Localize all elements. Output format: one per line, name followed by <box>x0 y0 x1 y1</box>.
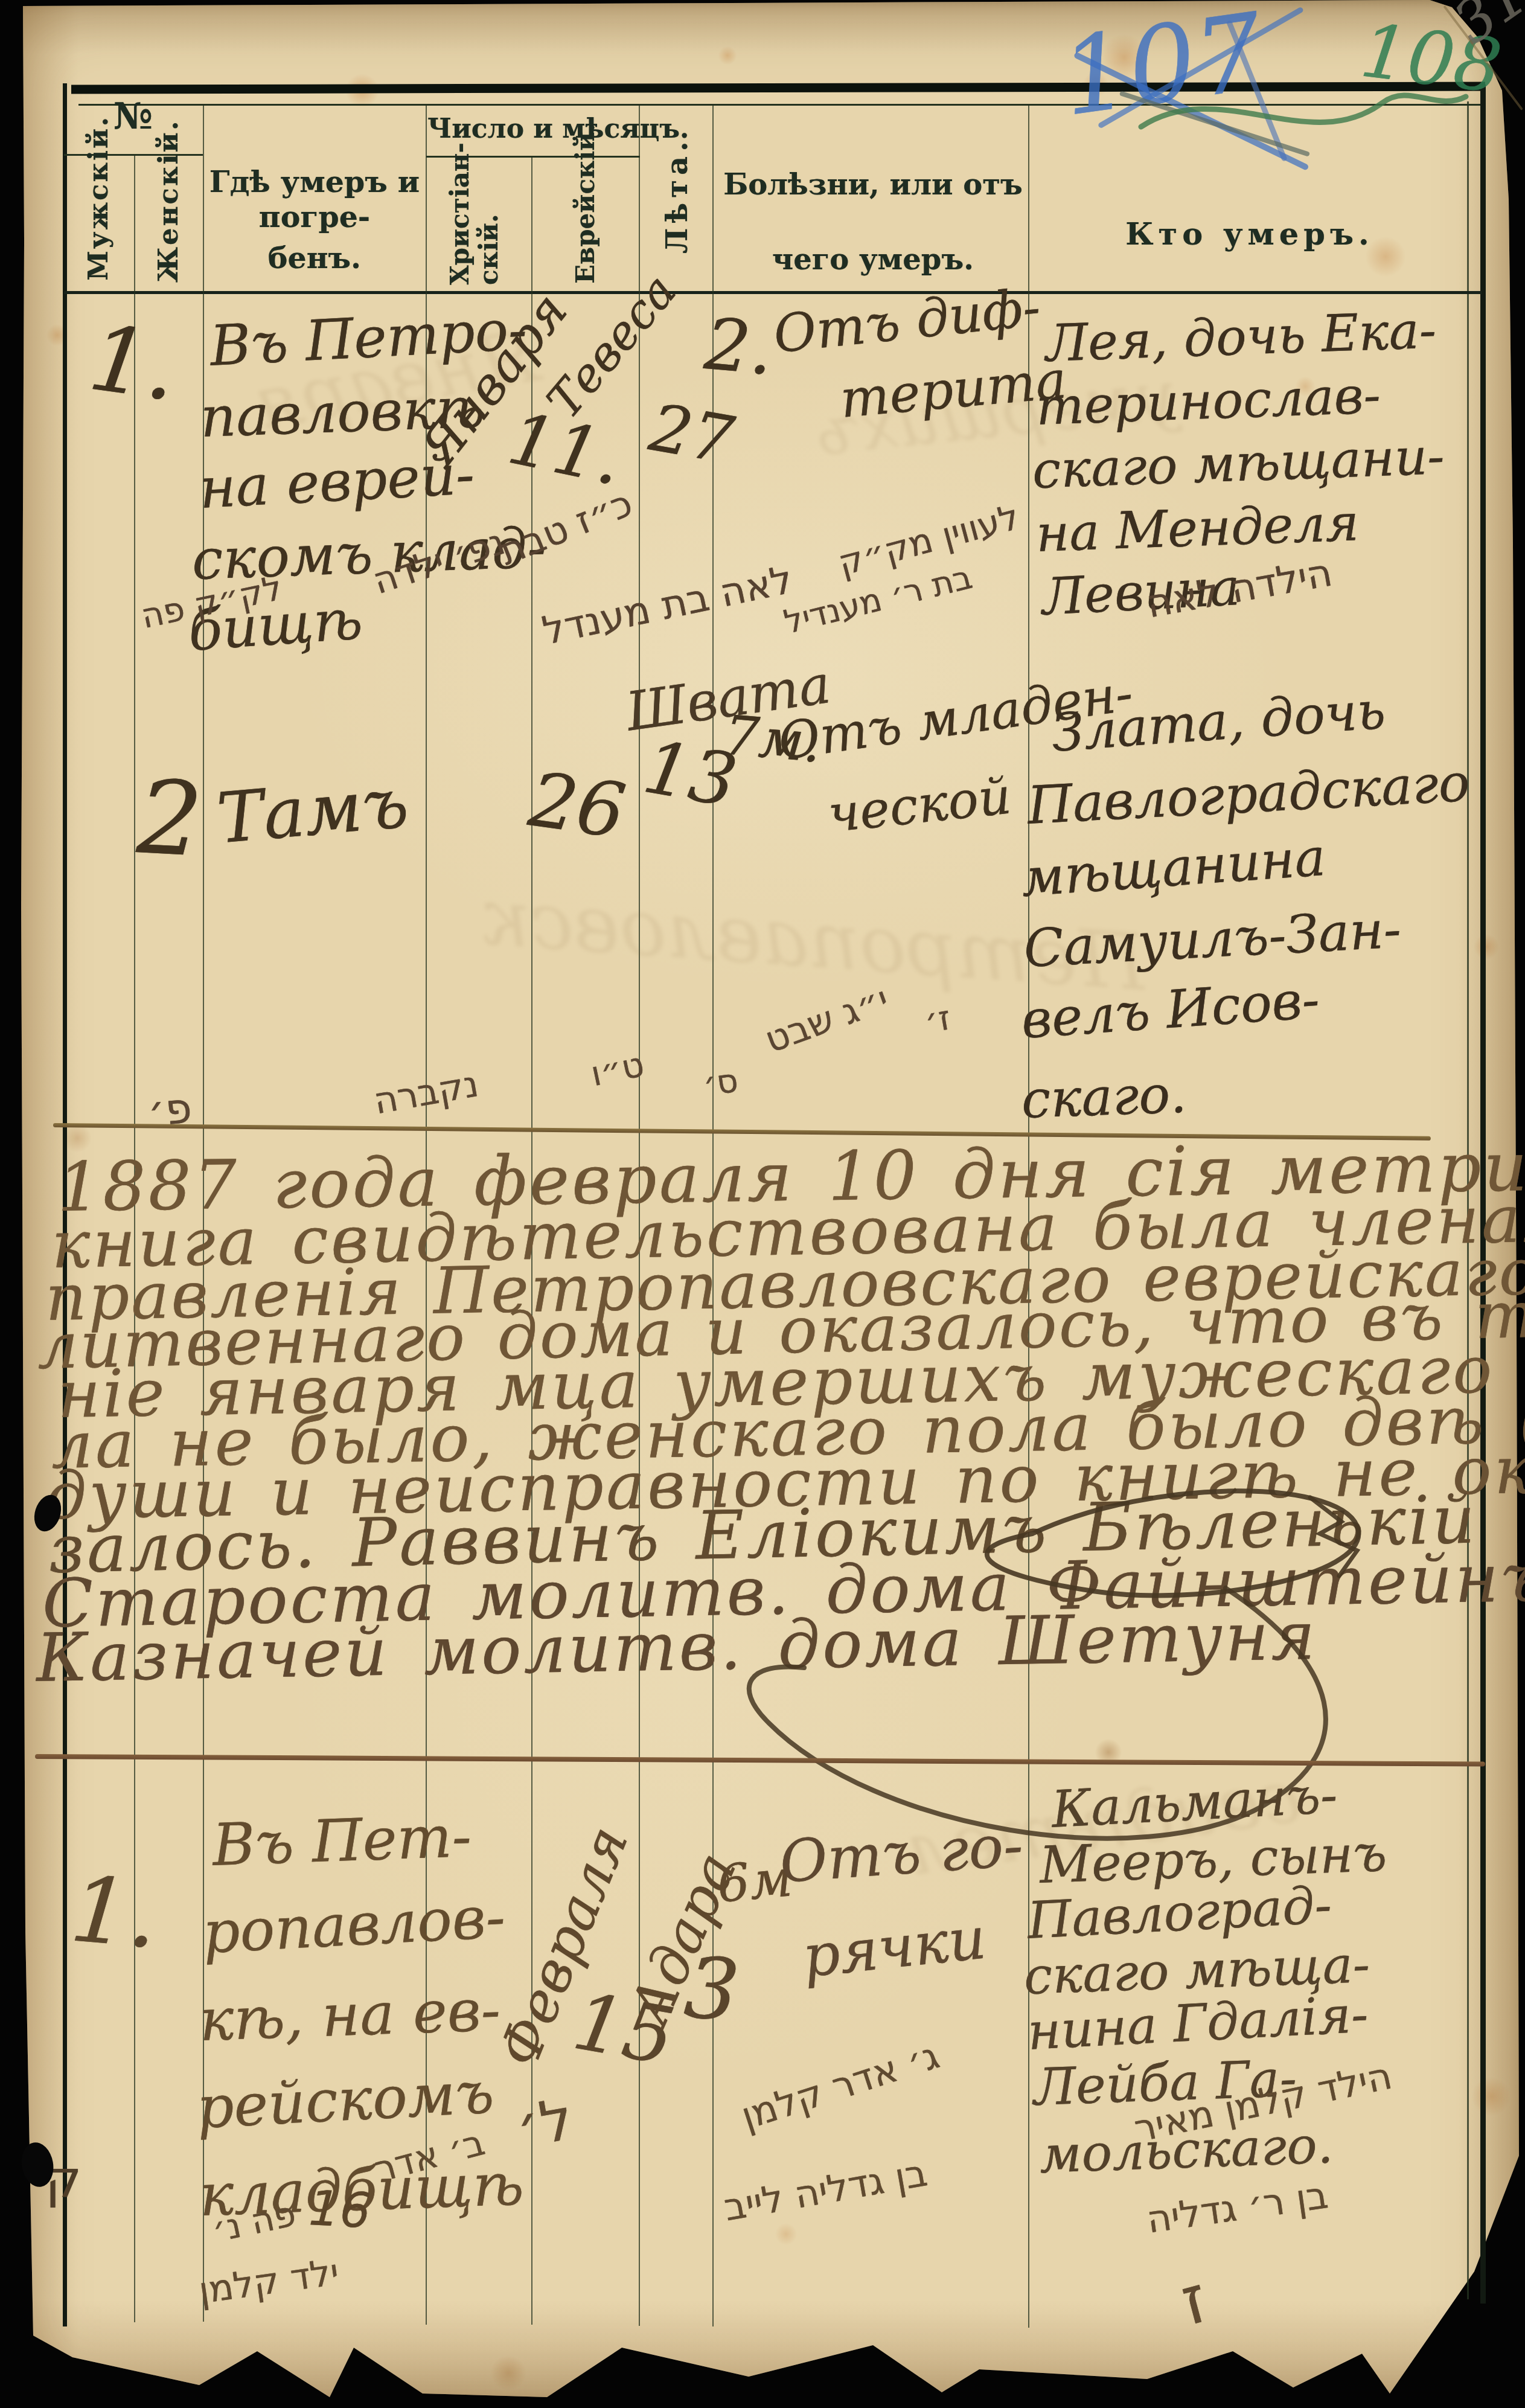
row-number: 2 <box>135 758 205 879</box>
header-bottom-line <box>64 291 1482 294</box>
hebrew-numeral: 16 <box>308 2180 372 2239</box>
row-number: 1. <box>66 1857 162 1969</box>
header-number: № <box>113 95 153 138</box>
header-who: Кто умеръ. <box>1034 216 1466 252</box>
hebrew-fragment: ס׳ <box>701 1061 741 1103</box>
jewish-day: 3 <box>681 1938 743 2041</box>
hebrew-fragment: ל׳ <box>511 2086 578 2162</box>
place-line: кѣ, на ев- <box>198 1976 502 2054</box>
header-cause-line2: чего умеръ. <box>720 243 1026 277</box>
header-christian-line1: Христіан- <box>446 142 475 285</box>
header-place-line1: Гдѣ умеръ и погре- <box>208 164 421 234</box>
header-place-line2: бенъ. <box>208 240 421 275</box>
header-female: Женскій. <box>152 119 184 283</box>
header-jewish: Еврейскій. <box>571 123 600 284</box>
place-value: Тамъ <box>214 763 412 860</box>
header-christian: Христіан- скій. <box>446 142 504 285</box>
age-value: 2. <box>702 302 776 391</box>
who-line: скаго. <box>1020 1064 1188 1130</box>
header-cause-line1: Болѣзни, или отъ <box>720 168 1026 202</box>
christian-day: 26 <box>524 757 630 856</box>
header-age: Лѣта. <box>660 136 694 254</box>
header-christian-line2: скій. <box>475 142 504 285</box>
header-male: Мужскій. <box>82 115 114 281</box>
row-number: 1. <box>83 306 184 421</box>
who-line: теринослав- <box>1035 365 1381 437</box>
scanned-register-page: № Мужскій. Женскій. Гдѣ умеръ и погре- б… <box>0 0 1525 2408</box>
place-line: Въ Пет- <box>211 1802 473 1879</box>
jewish-day: 27 <box>644 390 739 479</box>
header-date-group: Число и мѣсяцъ. <box>427 114 639 144</box>
